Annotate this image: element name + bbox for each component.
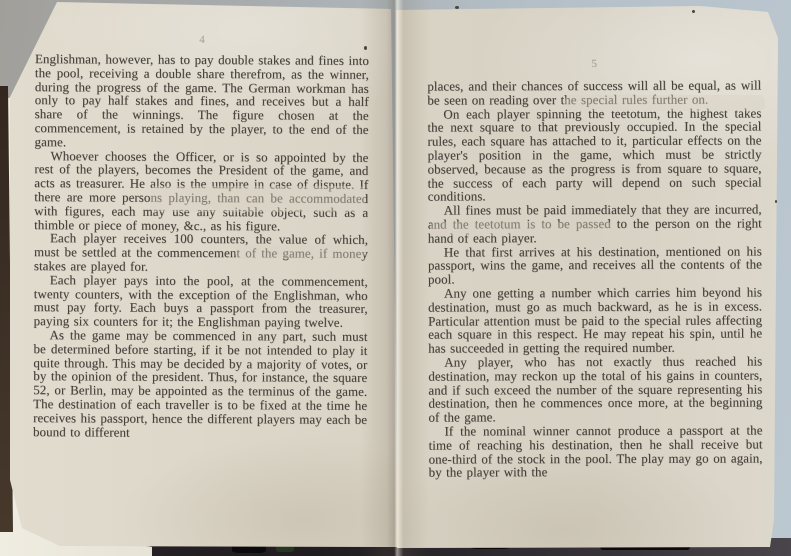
faded-print-patch — [150, 186, 365, 212]
paragraph: He that first arrives at his destination… — [428, 245, 762, 288]
paragraph: Any one getting a number which carries h… — [428, 286, 762, 356]
paper-speck — [775, 200, 777, 203]
paragraph: On each player spinning the teetotum, th… — [427, 107, 761, 205]
paper-speck — [364, 46, 367, 50]
paragraph: Each player pays into the pool, at the c… — [34, 274, 368, 331]
faded-print-patch — [565, 95, 765, 111]
paragraph: Englishman, however, has to pay double s… — [35, 53, 370, 151]
left-page-number: 4 — [35, 33, 369, 49]
paragraph: As the game may be commenced in any part… — [33, 329, 368, 441]
faded-print-patch — [430, 222, 615, 236]
book-photo: 4 Englishman, however, has to pay double… — [0, 0, 791, 556]
paper-speck — [692, 10, 695, 13]
paragraph: If the nominal winner cannot produce a p… — [429, 424, 763, 480]
faded-print-patch — [235, 245, 365, 259]
paper-speck — [455, 6, 459, 9]
right-page-number: 5 — [427, 57, 761, 72]
center-fold — [360, 0, 430, 556]
right-page-text: 5 places, and their chances of success w… — [427, 79, 762, 480]
paragraph: Any player, who has not exactly thus rea… — [428, 355, 762, 425]
